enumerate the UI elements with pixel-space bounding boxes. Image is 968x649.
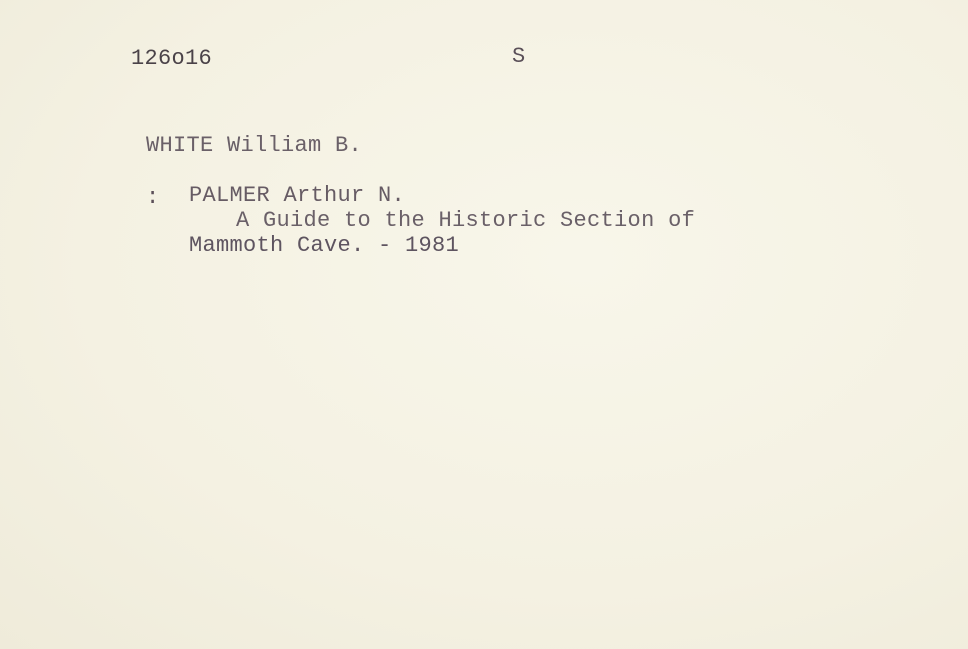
title-line-1: A Guide to the Historic Section of — [236, 208, 695, 234]
accession-number: 126o16 — [131, 46, 212, 72]
catalog-card: 126o16 S WHITE William B. : PALMER Arthu… — [0, 0, 968, 649]
title-line-2: Mammoth Cave. - 1981 — [189, 233, 459, 259]
main-author: WHITE William B. — [146, 133, 362, 159]
co-author: PALMER Arthur N. — [189, 183, 405, 209]
section-mark: S — [512, 44, 526, 70]
colon-separator: : — [146, 185, 160, 211]
